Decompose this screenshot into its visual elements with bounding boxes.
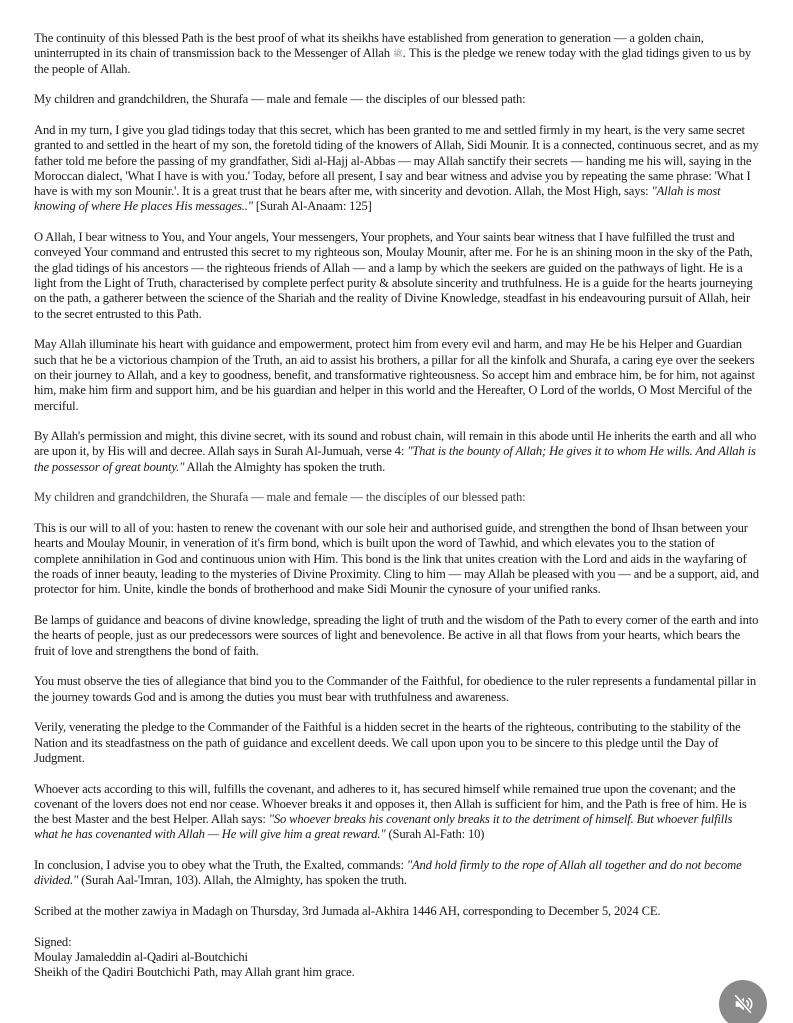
- paragraph-allegiance: You must observe the ties of allegiance …: [34, 674, 759, 705]
- paragraph-text: Allah the Almighty has spoken the truth.: [184, 460, 385, 474]
- paragraph-witness: O Allah, I bear witness to You, and Your…: [34, 230, 759, 322]
- mute-button[interactable]: [719, 980, 767, 1023]
- paragraph-prayer: May Allah illuminate his heart with guid…: [34, 337, 759, 413]
- quote-reference: [Surah Al-Anaam: 125]: [253, 199, 372, 213]
- paragraph-address-repeat: My children and grandchildren, the Shura…: [34, 490, 759, 505]
- document-body: The continuity of this blessed Path is t…: [34, 31, 759, 996]
- signature-label: Signed:: [34, 935, 759, 950]
- quote-reference: (Surah Al-Fath: 10): [386, 827, 485, 841]
- paragraph-continuity: The continuity of this blessed Path is t…: [34, 31, 759, 77]
- paragraph-address: My children and grandchildren, the Shura…: [34, 92, 759, 107]
- paragraph-text: And in my turn, I give you glad tidings …: [34, 123, 759, 198]
- signatory-name: Moulay Jamaleddin al-Qadiri al-Boutchich…: [34, 950, 759, 965]
- paragraph-date: Scribed at the mother zawiya in Madagh o…: [34, 904, 759, 919]
- paragraph-pledge: Verily, venerating the pledge to the Com…: [34, 720, 759, 766]
- paragraph-permission: By Allah's permission and might, this di…: [34, 429, 759, 475]
- paragraph-conclusion: In conclusion, I advise you to obey what…: [34, 858, 759, 889]
- speaker-muted-icon: [732, 993, 754, 1015]
- paragraph-lamps: Be lamps of guidance and beacons of divi…: [34, 613, 759, 659]
- paragraph-text: In conclusion, I advise you to obey what…: [34, 858, 407, 872]
- quote-reference: (Surah Aal-'Imran, 103). Allah, the Almi…: [78, 873, 407, 887]
- signature-block: Signed: Moulay Jamaleddin al-Qadiri al-B…: [34, 935, 759, 981]
- paragraph-will: This is our will to all of you: hasten t…: [34, 521, 759, 597]
- paragraph-glad-tidings: And in my turn, I give you glad tidings …: [34, 123, 759, 215]
- paragraph-covenant: Whoever acts according to this will, ful…: [34, 782, 759, 843]
- salutation-symbol: ﷺ: [393, 49, 403, 58]
- signatory-title: Sheikh of the Qadiri Boutchichi Path, ma…: [34, 965, 759, 980]
